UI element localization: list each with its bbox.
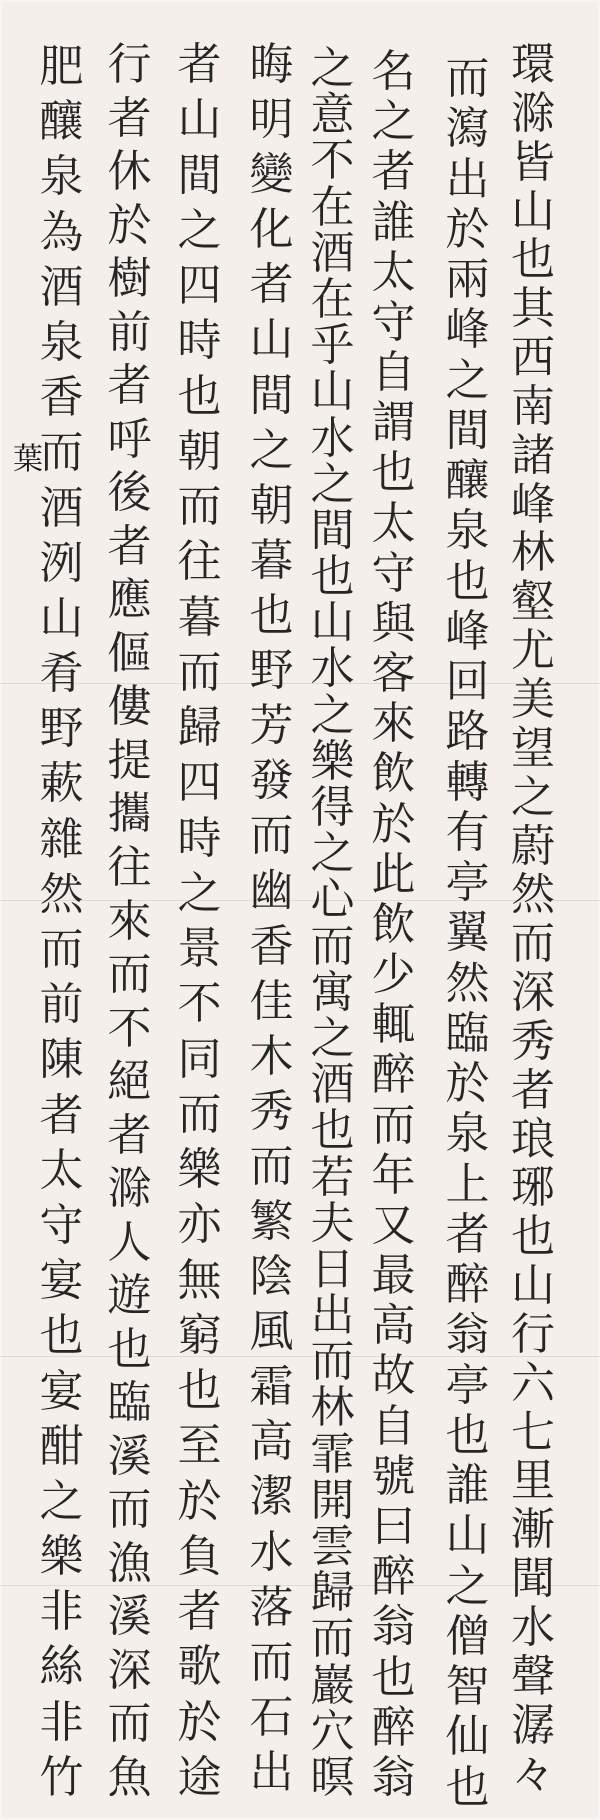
calligraphy-character: 西: [510, 336, 556, 380]
calligraphy-character: 者: [107, 1114, 153, 1158]
calligraphy-character: 遊: [107, 1274, 153, 1318]
calligraphy-character: 夫: [310, 1202, 356, 1246]
calligraphy-character: 而: [177, 485, 223, 529]
calligraphy-character: 飲: [371, 752, 417, 796]
calligraphy-character: 泉: [445, 509, 491, 553]
calligraphy-character: 無: [177, 1259, 223, 1303]
calligraphy-character: 間: [310, 509, 356, 553]
calligraphy-character: 山: [510, 1264, 556, 1308]
calligraphy-character: 名: [371, 50, 417, 94]
calligraphy-character: 秀: [510, 1020, 556, 1064]
calligraphy-character: 朝: [177, 430, 223, 474]
calligraphy-character: 意: [310, 93, 356, 137]
calligraphy-character: 而: [177, 1093, 223, 1137]
calligraphy-character: 歸: [177, 706, 223, 750]
calligraphy-character: 水: [249, 1531, 295, 1575]
calligraphy-character: 為: [39, 211, 85, 255]
calligraphy-character: 蔚: [510, 825, 556, 869]
calligraphy-character: 翁: [445, 1313, 491, 1357]
calligraphy-character: 醉: [371, 1555, 417, 1599]
calligraphy-character: 香: [249, 925, 295, 969]
calligraphy-character: 六: [510, 1362, 556, 1406]
calligraphy-character: 山: [310, 601, 356, 645]
calligraphy-character: 而: [510, 922, 556, 966]
calligraphy-character: 林: [310, 1386, 356, 1430]
text-column-2: 而瀉出於兩峰之間釀泉也峰回路轉有亭翼然臨於泉上者醉翁亭也誰山之僧智仙也: [440, 57, 495, 1810]
calligraphy-character: 人: [107, 1221, 153, 1265]
calligraphy-character: 落: [249, 1586, 295, 1630]
calligraphy-character: 謂: [371, 401, 417, 445]
calligraphy-character: 蔌: [39, 762, 85, 806]
calligraphy-character: 前: [107, 311, 153, 355]
calligraphy-character: 開: [310, 1479, 356, 1523]
calligraphy-character: 之: [310, 463, 356, 507]
calligraphy-character: 也: [510, 1215, 556, 1259]
calligraphy-character: 也: [249, 594, 295, 638]
calligraphy-character: 也: [371, 451, 417, 495]
calligraphy-character: 翁: [371, 1605, 417, 1649]
calligraphy-character: 而: [107, 953, 153, 997]
calligraphy-character: 風: [249, 1310, 295, 1354]
calligraphy-character: 樂: [177, 1148, 223, 1192]
calligraphy-character: 漸: [510, 1508, 556, 1552]
calligraphy-character: 魚: [107, 1756, 153, 1800]
calligraphy-character: 潺: [510, 1704, 556, 1748]
calligraphy-character: 肴: [39, 652, 85, 696]
calligraphy-character: 傴: [107, 632, 153, 676]
calligraphy-character: 峰: [445, 308, 491, 352]
calligraphy-character: 而: [249, 814, 295, 858]
calligraphy-character: 非: [39, 1590, 85, 1634]
calligraphy-character: 穴: [310, 1710, 356, 1754]
calligraphy-character: 溪: [107, 1435, 153, 1479]
calligraphy-character: 泉: [39, 155, 85, 199]
calligraphy-character: 於: [107, 204, 153, 248]
calligraphy-character: 誰: [445, 1464, 491, 1508]
calligraphy-character: 水: [310, 417, 356, 461]
calligraphy-character: 然: [445, 962, 491, 1006]
calligraphy-character: 滁: [510, 92, 556, 136]
calligraphy-character: 南: [510, 385, 556, 429]
calligraphy-character: 山: [510, 190, 556, 234]
calligraphy-character: 七: [510, 1411, 556, 1455]
calligraphy-character: 暮: [249, 539, 295, 583]
calligraphy-character: 而: [39, 431, 85, 475]
calligraphy-character: 誰: [371, 201, 417, 245]
calligraphy-character: 雜: [39, 818, 85, 862]
calligraphy-character: 來: [107, 900, 153, 944]
calligraphy-character: 宴: [39, 1370, 85, 1414]
calligraphy-character: 之: [445, 359, 491, 403]
calligraphy-character: 自: [371, 351, 417, 395]
calligraphy-character: 而: [310, 1617, 356, 1661]
calligraphy-character: 琊: [510, 1166, 556, 1210]
calligraphy-character: 者: [249, 263, 295, 307]
calligraphy-character: 也: [107, 1328, 153, 1372]
calligraphy-character: 然: [39, 873, 85, 917]
calligraphy-character: 寓: [310, 971, 356, 1015]
calligraphy-character: 之: [445, 1565, 491, 1609]
calligraphy-character: 霜: [249, 1365, 295, 1409]
calligraphy-character: 轉: [445, 761, 491, 805]
calligraphy-character: 來: [371, 702, 417, 746]
calligraphy-character: 而: [177, 651, 223, 695]
calligraphy-character: 歌: [177, 1645, 223, 1689]
calligraphy-character: 時: [177, 817, 223, 861]
calligraphy-character: 宴: [39, 1259, 85, 1303]
calligraphy-character: 提: [107, 739, 153, 783]
calligraphy-character: 之: [310, 1017, 356, 1061]
calligraphy-character: 林: [510, 531, 556, 575]
calligraphy-character: 間: [249, 374, 295, 418]
calligraphy-character: 山: [310, 370, 356, 414]
calligraphy-character: 酣: [39, 1425, 85, 1469]
calligraphy-character: 高: [249, 1420, 295, 1464]
calligraphy-character: 不: [310, 139, 356, 183]
calligraphy-character: 雲: [310, 1525, 356, 1569]
calligraphy-character: 而: [39, 928, 85, 972]
calligraphy-character: 幽: [249, 869, 295, 913]
calligraphy-character: 也: [310, 555, 356, 599]
calligraphy-character: 秀: [249, 1090, 295, 1134]
artist-signature: 葉: [12, 433, 44, 487]
text-column-3: 名之者誰太守自謂也太守與客來飲於此飲少輒醉而年又最高故自號曰醉翁也醉翁: [366, 50, 421, 1800]
calligraphy-character: 環: [510, 43, 556, 87]
calligraphy-character: 滁: [107, 1167, 153, 1211]
calligraphy-character: 之: [39, 1480, 85, 1524]
calligraphy-character: 者: [39, 1094, 85, 1138]
calligraphy-character: 然: [510, 873, 556, 917]
calligraphy-character: 歸: [310, 1571, 356, 1615]
calligraphy-character: 酒: [310, 232, 356, 276]
calligraphy-character: 晦: [249, 43, 295, 87]
calligraphy-character: 陳: [39, 1038, 85, 1082]
calligraphy-character: 釀: [445, 459, 491, 503]
calligraphy-character: 於: [445, 208, 491, 252]
calligraphy-character: 窮: [177, 1314, 223, 1358]
calligraphy-character: 之: [371, 100, 417, 144]
calligraphy-character: 年: [371, 1154, 417, 1198]
calligraphy-character: 絕: [107, 1060, 153, 1104]
calligraphy-character: 陰: [249, 1255, 295, 1299]
calligraphy-character: 也: [445, 1414, 491, 1458]
calligraphy-character: 竹: [39, 1756, 85, 1800]
calligraphy-character: 樂: [39, 1535, 85, 1579]
calligraphy-character: 太: [371, 251, 417, 295]
calligraphy-character: 發: [249, 759, 295, 803]
calligraphy-character: 石: [249, 1696, 295, 1740]
calligraphy-character: 里: [510, 1459, 556, 1503]
calligraphy-character: 在: [310, 186, 356, 230]
calligraphy-character: 深: [107, 1649, 153, 1693]
calligraphy-character: 號: [371, 1455, 417, 1499]
calligraphy-character: 後: [107, 471, 153, 515]
calligraphy-character: 酒: [310, 1063, 356, 1107]
calligraphy-character: 溪: [107, 1595, 153, 1639]
calligraphy-character: 最: [371, 1254, 417, 1298]
calligraphy-character: 之: [510, 776, 556, 820]
calligraphy-character: 也: [310, 1109, 356, 1153]
calligraphy-character: 至: [177, 1424, 223, 1468]
calligraphy-character: 景: [177, 927, 223, 971]
calligraphy-character: 明: [249, 98, 295, 142]
calligraphy-character: 不: [177, 982, 223, 1026]
calligraphy-character: 客: [371, 652, 417, 696]
calligraphy-character: 化: [249, 208, 295, 252]
calligraphy-character: 樹: [107, 257, 153, 301]
text-column-6: 者山間之四時也朝而往暮而歸四時之景不同而樂亦無窮也至於負者歌於途: [172, 43, 227, 1800]
calligraphy-character: 者: [177, 43, 223, 87]
calligraphy-character: 智: [445, 1665, 491, 1709]
calligraphy-character: 在: [310, 278, 356, 322]
calligraphy-character: 酒: [39, 266, 85, 310]
calligraphy-character: 美: [510, 678, 556, 722]
calligraphy-character: 兩: [445, 258, 491, 302]
calligraphy-character: 者: [107, 364, 153, 408]
calligraphy-character: 水: [310, 647, 356, 691]
calligraphy-character: 芳: [249, 704, 295, 748]
calligraphy-character: 醉: [445, 1263, 491, 1307]
calligraphy-character: 者: [107, 525, 153, 569]
calligraphy-character: 非: [39, 1701, 85, 1745]
calligraphy-character: 不: [107, 1007, 153, 1051]
calligraphy-character: 朝: [249, 484, 295, 528]
calligraphy-character: 而: [249, 1145, 295, 1189]
calligraphy-character: 飲: [371, 903, 417, 947]
calligraphy-character: 巖: [310, 1664, 356, 1708]
calligraphy-character: 間: [445, 409, 491, 453]
calligraphy-character: 漁: [107, 1542, 153, 1586]
calligraphy-character: 絲: [39, 1645, 85, 1689]
calligraphy-character: 翼: [445, 911, 491, 955]
calligraphy-character: 望: [510, 727, 556, 771]
calligraphy-character: 洌: [39, 542, 85, 586]
calligraphy-character: 者: [107, 97, 153, 141]
calligraphy-character: 木: [249, 1035, 295, 1079]
calligraphy-character: 出: [249, 1751, 295, 1795]
calligraphy-character: 得: [310, 786, 356, 830]
calligraphy-character: 而: [107, 1488, 153, 1532]
calligraphy-character: 前: [39, 983, 85, 1027]
calligraphy-scroll: 環滁皆山也其西南諸峰林壑尤美望之蔚然而深秀者琅琊也山行六七里漸聞水聲潺々 而瀉出…: [0, 0, 600, 1820]
calligraphy-character: 此: [371, 853, 417, 897]
calligraphy-character: 琅: [510, 1118, 556, 1162]
calligraphy-character: 而: [310, 1340, 356, 1384]
calligraphy-character: 瀉: [445, 107, 491, 151]
calligraphy-character: 之: [177, 872, 223, 916]
calligraphy-character: 翁: [371, 1756, 417, 1800]
calligraphy-character: 途: [177, 1756, 223, 1800]
calligraphy-character: 諸: [510, 434, 556, 478]
calligraphy-character: 泉: [39, 321, 85, 365]
calligraphy-character: 行: [107, 43, 153, 87]
calligraphy-character: 其: [510, 287, 556, 331]
calligraphy-character: 樂: [310, 740, 356, 784]
calligraphy-character: 故: [371, 1354, 417, 1398]
calligraphy-character: 醉: [371, 1706, 417, 1750]
calligraphy-character: 也: [510, 238, 556, 282]
calligraphy-character: 守: [39, 1204, 85, 1248]
calligraphy-character: 間: [177, 154, 223, 198]
calligraphy-character: 呼: [107, 418, 153, 462]
text-column-4: 之意不在酒在乎山水之間也山水之樂得之心而寓之酒也若夫日出而林霏開雲歸而巖穴暝: [305, 47, 360, 1800]
calligraphy-character: 亭: [445, 1364, 491, 1408]
calligraphy-character: 也: [445, 1766, 491, 1810]
calligraphy-character: 暝: [310, 1756, 356, 1800]
calligraphy-character: 回: [445, 660, 491, 704]
calligraphy-character: 潔: [249, 1475, 295, 1519]
calligraphy-character: 出: [310, 1294, 356, 1338]
calligraphy-character: 之: [310, 47, 356, 91]
calligraphy-character: 而: [445, 57, 491, 101]
calligraphy-character: 高: [371, 1304, 417, 1348]
calligraphy-character: 也: [39, 1314, 85, 1358]
calligraphy-character: 休: [107, 150, 153, 194]
calligraphy-character: 僧: [445, 1615, 491, 1659]
calligraphy-character: 於: [177, 1701, 223, 1745]
calligraphy-character: 也: [371, 1656, 417, 1700]
calligraphy-character: 者: [445, 1213, 491, 1257]
calligraphy-character: 野: [249, 649, 295, 693]
text-column-1: 環滁皆山也其西南諸峰林壑尤美望之蔚然而深秀者琅琊也山行六七里漸聞水聲潺々: [505, 43, 561, 1797]
calligraphy-character: 出: [445, 158, 491, 202]
calligraphy-character: 肥: [39, 45, 85, 89]
calligraphy-character: 守: [371, 301, 417, 345]
calligraphy-character: 輒: [371, 1003, 417, 1047]
calligraphy-character: 少: [371, 953, 417, 997]
calligraphy-character: 聲: [510, 1655, 556, 1699]
calligraphy-character: 變: [249, 153, 295, 197]
calligraphy-character: 之: [310, 832, 356, 876]
calligraphy-character: 與: [371, 602, 417, 646]
calligraphy-character: 而: [249, 1641, 295, 1685]
calligraphy-character: 峰: [445, 610, 491, 654]
calligraphy-character: 日: [310, 1248, 356, 1292]
calligraphy-character: 也: [177, 1369, 223, 1413]
calligraphy-character: 繁: [249, 1200, 295, 1244]
calligraphy-character: 者: [371, 150, 417, 194]
calligraphy-character: 守: [371, 552, 417, 596]
calligraphy-character: 之: [177, 209, 223, 253]
calligraphy-character: 暮: [177, 596, 223, 640]
calligraphy-character: 攜: [107, 792, 153, 836]
calligraphy-character: 上: [445, 1163, 491, 1207]
calligraphy-character: 又: [371, 1204, 417, 1248]
calligraphy-character: 太: [371, 502, 417, 546]
calligraphy-character: 野: [39, 707, 85, 751]
calligraphy-character: 水: [510, 1606, 556, 1650]
calligraphy-character: 自: [371, 1405, 417, 1449]
calligraphy-character: 酒: [39, 487, 85, 531]
calligraphy-character: 於: [445, 1062, 491, 1106]
calligraphy-character: 亦: [177, 1203, 223, 1247]
calligraphy-character: 壑: [510, 580, 556, 624]
calligraphy-character: 心: [310, 878, 356, 922]
calligraphy-character: 往: [107, 846, 153, 890]
calligraphy-character: 山: [39, 597, 85, 641]
calligraphy-character: 也: [445, 560, 491, 604]
calligraphy-character: 乎: [310, 324, 356, 368]
calligraphy-character: 而: [107, 1702, 153, 1746]
calligraphy-character: 聞: [510, 1557, 556, 1601]
calligraphy-character: 泉: [445, 1112, 491, 1156]
calligraphy-character: 山: [177, 98, 223, 142]
calligraphy-character: 尤: [510, 629, 556, 673]
calligraphy-character: 四: [177, 761, 223, 805]
calligraphy-character: 亭: [445, 861, 491, 905]
calligraphy-character: 臨: [107, 1381, 153, 1425]
calligraphy-character: 太: [39, 1149, 85, 1193]
calligraphy-character: 行: [510, 1313, 556, 1357]
calligraphy-character: 深: [510, 971, 556, 1015]
calligraphy-character: 之: [249, 429, 295, 473]
calligraphy-character: 之: [310, 694, 356, 738]
calligraphy-character: 釀: [39, 100, 85, 144]
calligraphy-character: 時: [177, 319, 223, 363]
calligraphy-character: 而: [310, 925, 356, 969]
calligraphy-character: 山: [249, 318, 295, 362]
calligraphy-character: 路: [445, 710, 491, 754]
calligraphy-character: 有: [445, 811, 491, 855]
calligraphy-character: 同: [177, 1038, 223, 1082]
calligraphy-character: 而: [371, 1104, 417, 1148]
calligraphy-character: 山: [445, 1514, 491, 1558]
calligraphy-character: 者: [510, 1069, 556, 1113]
calligraphy-character: 霏: [310, 1433, 356, 1477]
text-column-7: 行者休於樹前者呼後者應傴僂提攜往來而不絕者滁人遊也臨溪而漁溪深而魚: [102, 43, 157, 1800]
calligraphy-character: 往: [177, 540, 223, 584]
calligraphy-character: 々: [510, 1753, 556, 1797]
calligraphy-character: 若: [310, 1156, 356, 1200]
calligraphy-character: 負: [177, 1535, 223, 1579]
calligraphy-character: 仙: [445, 1715, 491, 1759]
calligraphy-character: 也: [177, 375, 223, 419]
calligraphy-character: 者: [177, 1590, 223, 1634]
calligraphy-character: 峰: [510, 483, 556, 527]
calligraphy-character: 佳: [249, 980, 295, 1024]
calligraphy-character: 香: [39, 376, 85, 420]
calligraphy-character: 皆: [510, 141, 556, 185]
text-column-8: 肥釀泉為酒泉香而酒洌山肴野蔌雜然而前陳者太守宴也宴酣之樂非絲非竹: [33, 45, 90, 1800]
calligraphy-character: 醉: [371, 1053, 417, 1097]
calligraphy-character: 臨: [445, 1012, 491, 1056]
calligraphy-character: 應: [107, 578, 153, 622]
text-column-5: 晦明變化者山間之朝暮也野芳發而幽香佳木秀而繁陰風霜高潔水落而石出: [244, 43, 299, 1795]
calligraphy-character: 於: [177, 1480, 223, 1524]
calligraphy-character: 曰: [371, 1505, 417, 1549]
calligraphy-character: 四: [177, 264, 223, 308]
calligraphy-character: 於: [371, 803, 417, 847]
calligraphy-character: 僂: [107, 685, 153, 729]
